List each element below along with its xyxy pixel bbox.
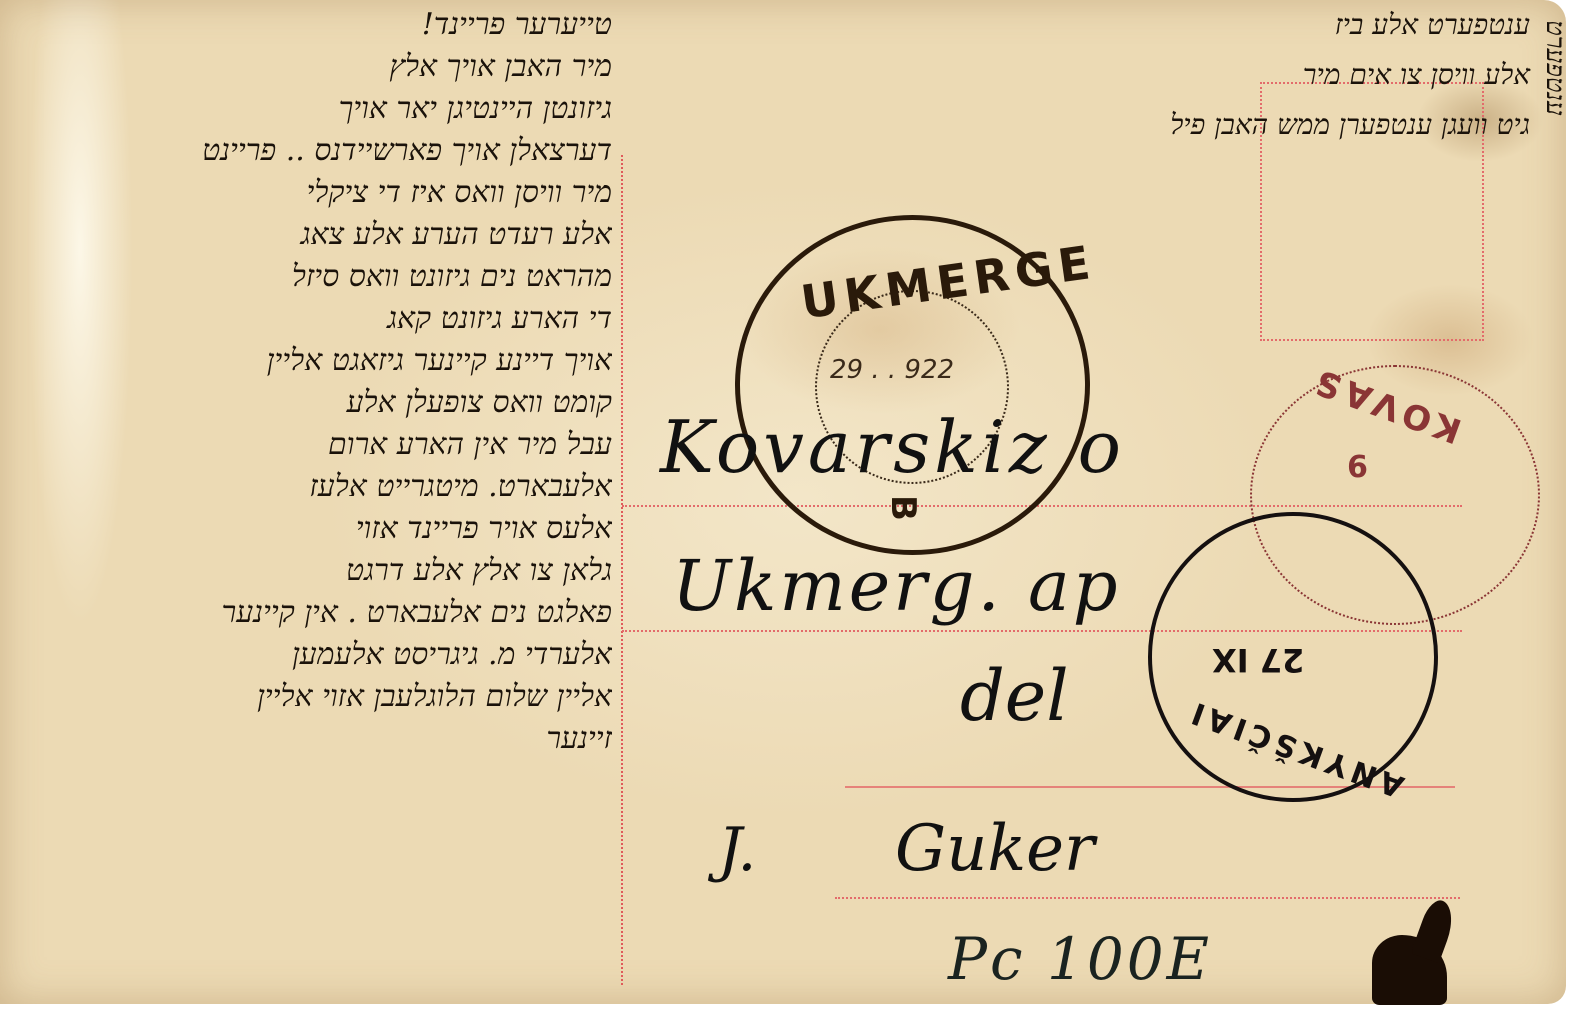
recipient-town: Ukmerg. ap	[672, 545, 1121, 627]
anyksciai-postmark: 27 IX ANYKŠČIAI	[1148, 512, 1438, 802]
address-guide-line-4	[835, 897, 1460, 899]
ink-stain	[1411, 897, 1460, 964]
message-line: פאלגט נים אלעבארט . אין קיינער	[0, 592, 612, 634]
message-line: מיר וויסן וואס איז די ציקלי	[0, 172, 612, 214]
message-line: מהראט נים גיזונט וואס סיזל	[0, 256, 612, 298]
postmark-date: 27 IX	[1212, 641, 1304, 679]
postmark-town: KOVAS	[1305, 359, 1467, 450]
message-line: די הארע גיזונט קאג	[0, 298, 612, 340]
message-line: טייערער פריינד!	[0, 4, 612, 46]
message-line: ענטפערט אלע ביז	[630, 0, 1530, 50]
message-line: זיינער	[0, 718, 612, 760]
postmark-letter: B	[883, 495, 923, 521]
postmark-date: 9	[1347, 447, 1368, 482]
message-line: אויך דיינע קיינער גיזאגט אליין	[0, 340, 612, 382]
sender-initial: J.	[718, 815, 756, 885]
ukmerge-postmark: UKMERGE 29 . . 922 B	[735, 215, 1090, 555]
message-line: דערצאלן אויך פארשיידנס .. פריינט	[0, 130, 612, 172]
message-line: מיר האבן אויך אלץ	[0, 46, 612, 88]
recipient-name: Kovarskiz o	[660, 405, 1125, 489]
recipient-district: del	[960, 655, 1069, 737]
message-line: גלאן צו אלץ אלע דרגט	[0, 550, 612, 592]
message-line: קומט וואס צופעלן אלע	[0, 382, 612, 424]
postmark-date: 29 . . 922	[830, 355, 954, 385]
message-line: אלע רעדט הערע אלע צאג	[0, 214, 612, 256]
margin-vertical-text: ענטפערט	[1530, 20, 1570, 116]
message-line: אלע וויסן צו אים מיר	[630, 50, 1530, 100]
message-address-divider	[621, 155, 623, 985]
archive-note: Pc 100E	[948, 925, 1212, 993]
message-line: אליין שלום הלוגלעבן אזוי אליין	[0, 676, 612, 718]
message-line: גיט וועגן ענטפערן ממש האבן פיל	[630, 100, 1530, 150]
message-continuation-top: ענטפערט אלע ביז אלע וויסן צו אים מיר גיט…	[630, 0, 1530, 150]
sender-name: Guker	[895, 812, 1095, 886]
handwritten-message: טייערער פריינד! מיר האבן אויך אלץ גיזונט…	[0, 0, 620, 1000]
postcard: טייערער פריינד! מיר האבן אויך אלץ גיזונט…	[0, 0, 1566, 1004]
message-line: אלעבארט. מיטגרייט אלעז	[0, 466, 612, 508]
message-line: גיזונטן היינטיגן יאר אויך	[0, 88, 612, 130]
message-line: אלעס אויר פריינד אזוי	[0, 508, 612, 550]
message-line: אלערדי מ. גיגריסט אלעמען	[0, 634, 612, 676]
message-line: עבל מיר אין הארע ארום	[0, 424, 612, 466]
